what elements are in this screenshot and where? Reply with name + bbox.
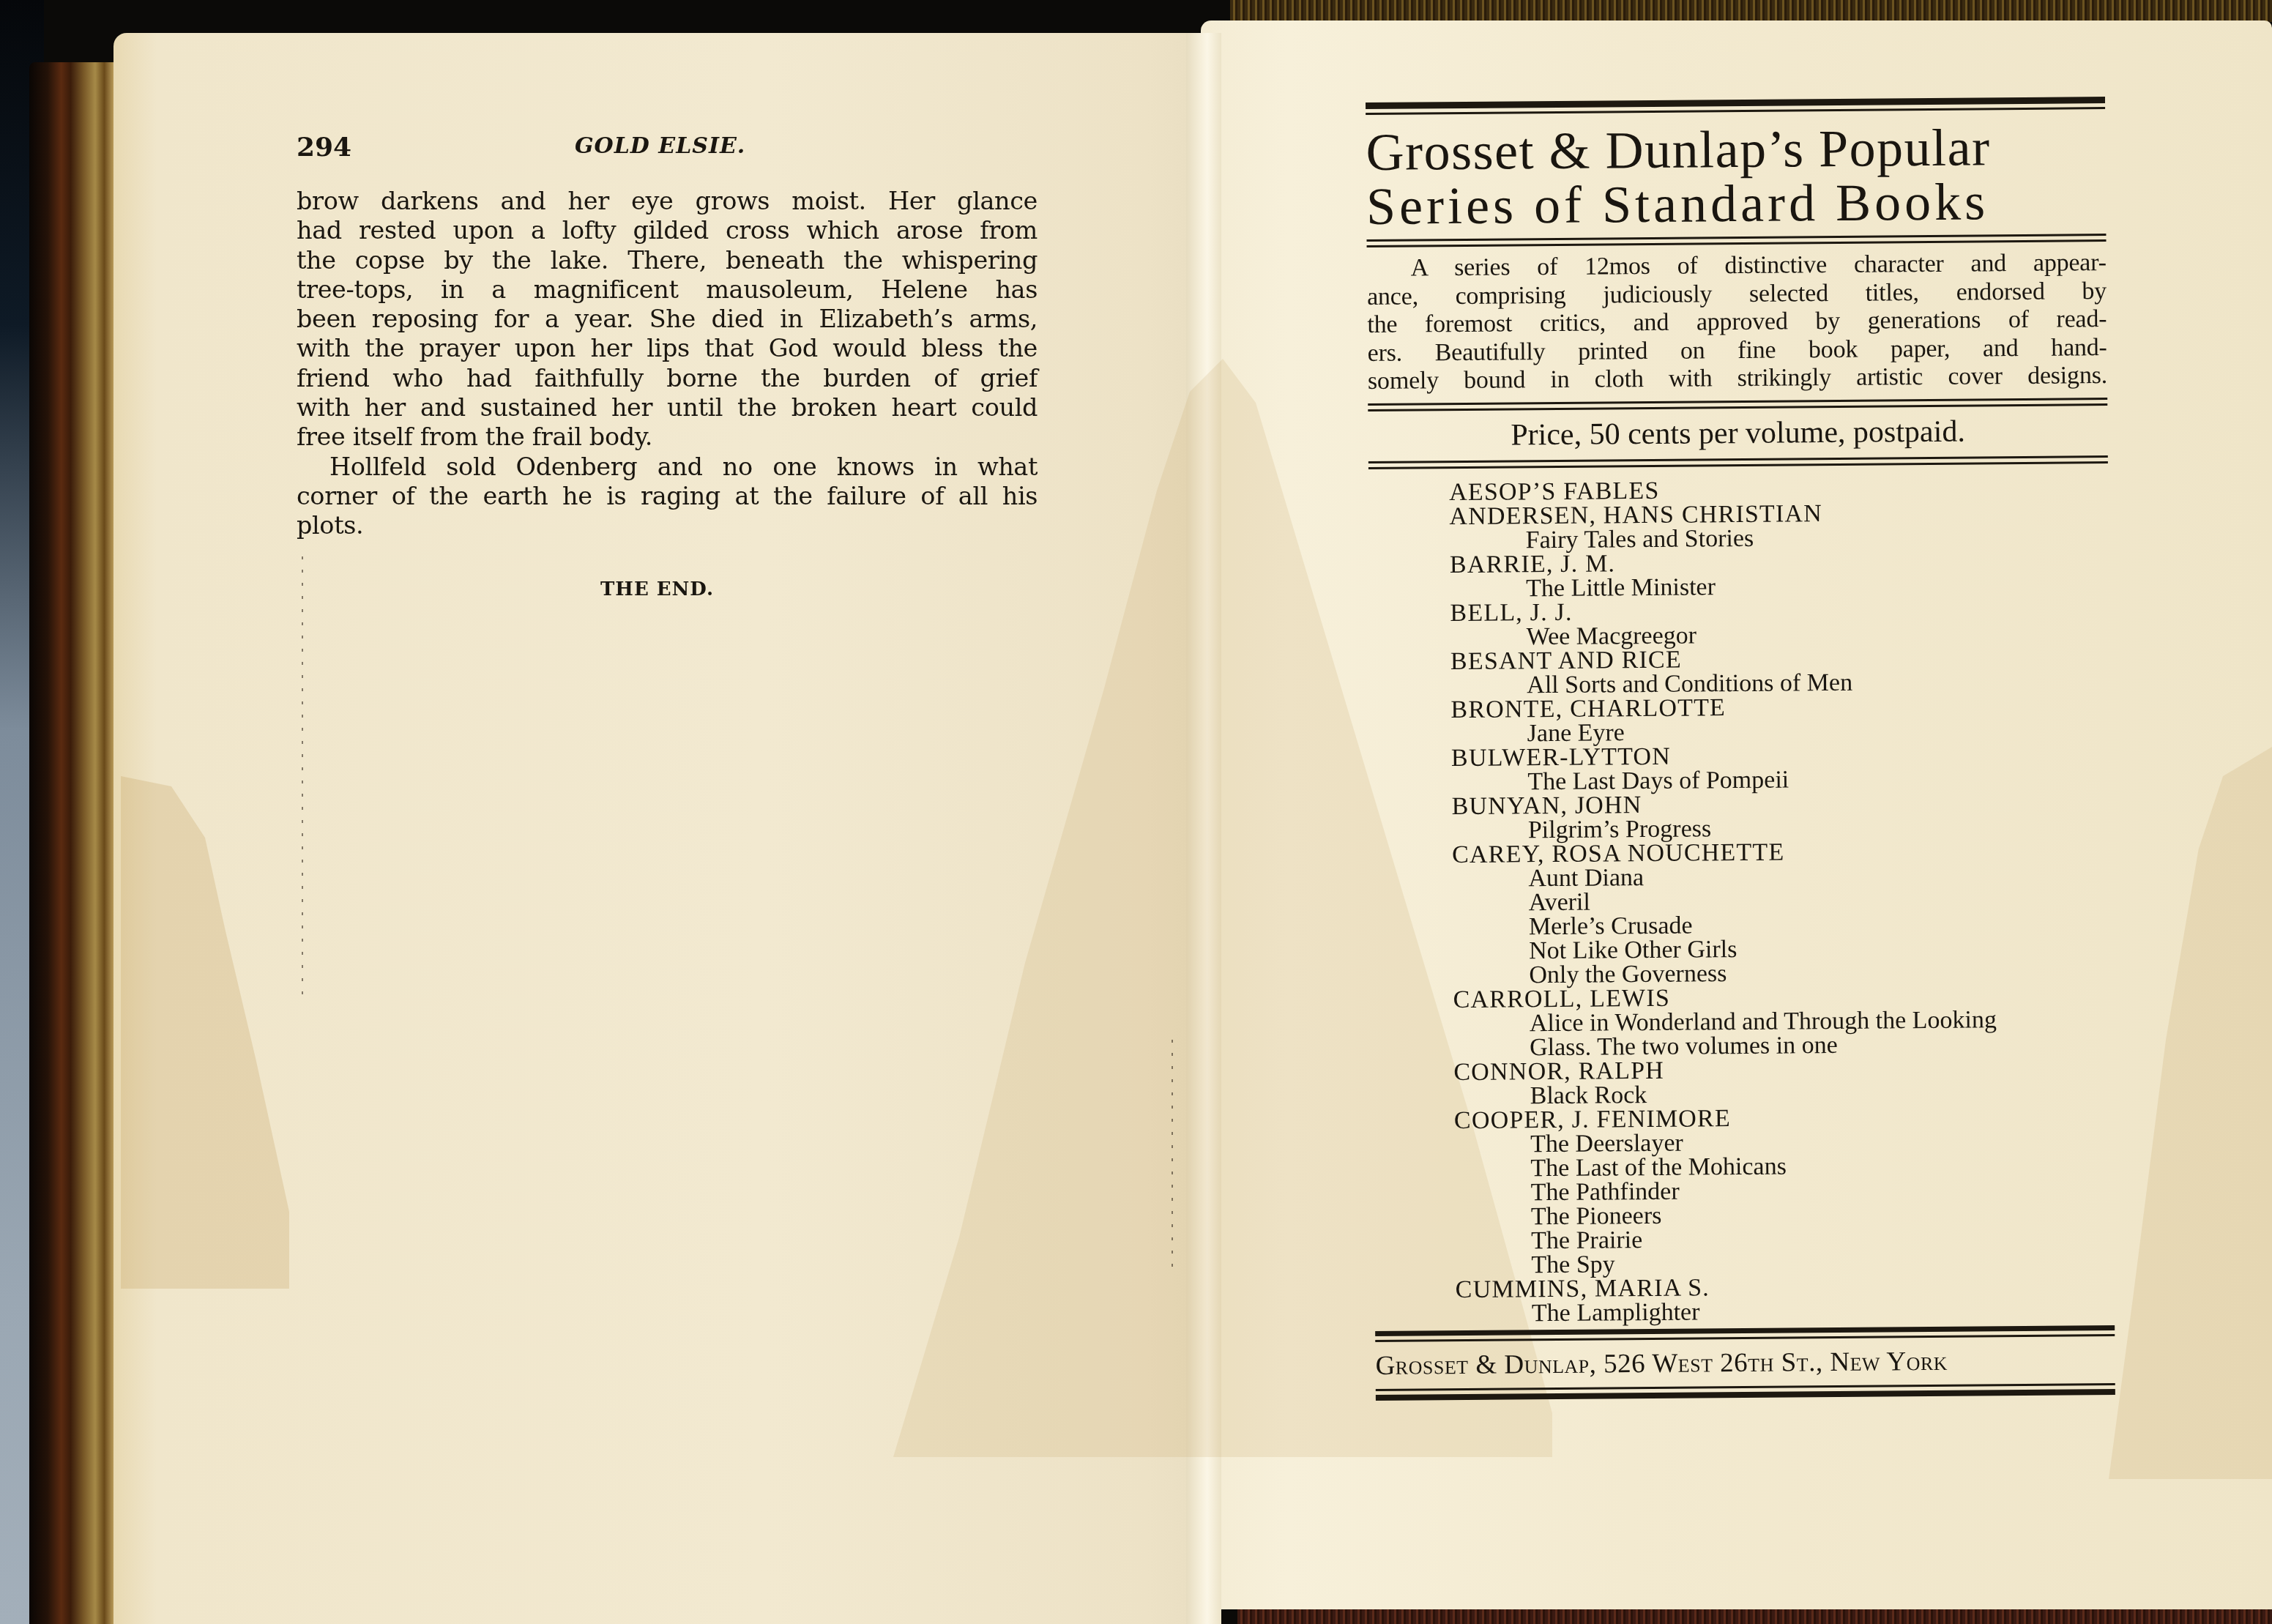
ad-title-line-2: Series of Standard Books: [1366, 174, 2107, 234]
text-line: the copse by the lake. There, beneath th…: [297, 246, 1038, 275]
body-text: brow darkens and her eye grows moist. He…: [297, 187, 1038, 541]
the-end-mark: THE END.: [600, 578, 714, 600]
margin-marks-gutter: [1172, 1040, 1173, 1274]
rule-double-price-top: [1368, 398, 2107, 411]
ad-title: Grosset & Dunlap’s Popular Series of Sta…: [1366, 119, 2106, 234]
text-line: friend who had faithfully borne the burd…: [297, 364, 1038, 393]
rule-double-price-bottom: [1368, 455, 2108, 469]
footer-address: 526 West 26th St.,: [1604, 1347, 1823, 1379]
rule-thick-footer-bottom: [1376, 1389, 2115, 1401]
text-line: had rested upon a lofty gilded cross whi…: [297, 216, 1038, 245]
text-line: brow darkens and her eye grows moist. He…: [297, 187, 1038, 216]
book-cover-cloth-top: [1230, 0, 2272, 22]
running-head: 294 GOLD ELSIE.: [297, 132, 1029, 168]
footer-publisher: Grosset & Dunlap,: [1375, 1349, 1596, 1380]
ad-description: A series of 12mos of distinctive charact…: [1367, 249, 2107, 395]
text-line: with her and sustained her until the bro…: [297, 393, 1038, 422]
desc-line: somely bound in cloth with strikingly ar…: [1368, 362, 2107, 395]
page-edges-left: [29, 62, 121, 1624]
book-gutter: [1186, 33, 1221, 1624]
publisher-footer: Grosset & Dunlap, 526 West 26th St., New…: [1375, 1342, 2115, 1385]
catalog-title: The Lamplighter: [1456, 1297, 2115, 1326]
book-cover-cloth-bottom: [1237, 1607, 2272, 1624]
page-number: 294: [297, 132, 351, 163]
running-title: GOLD ELSIE.: [575, 133, 745, 159]
text-line: free itself from the frail body.: [297, 422, 1038, 452]
price-line: Price, 50 cents per volume, postpaid.: [1368, 411, 2107, 455]
text-line: plots.: [297, 511, 1038, 540]
margin-marks-left: [302, 556, 303, 996]
text-line: Hollfeld sold Odenberg and no one knows …: [297, 452, 1038, 482]
ad-title-line-1: Grosset & Dunlap’s Popular: [1366, 119, 2106, 179]
text-line: corner of the earth he is raging at the …: [297, 482, 1038, 511]
footer-city: New York: [1830, 1346, 1948, 1377]
book-catalog: AESOP’S FABLES ANDERSEN, HANS CHRISTIAN …: [1368, 475, 2115, 1327]
text-line: been reposing for a year. She died in El…: [297, 305, 1038, 334]
publisher-advertisement: Grosset & Dunlap’s Popular Series of Sta…: [1366, 97, 2115, 1404]
text-line: tree-tops, in a magnificent mausoleum, H…: [297, 275, 1038, 305]
text-line: with the prayer upon her lips that God w…: [297, 334, 1038, 363]
rule-double-title: [1366, 234, 2106, 247]
